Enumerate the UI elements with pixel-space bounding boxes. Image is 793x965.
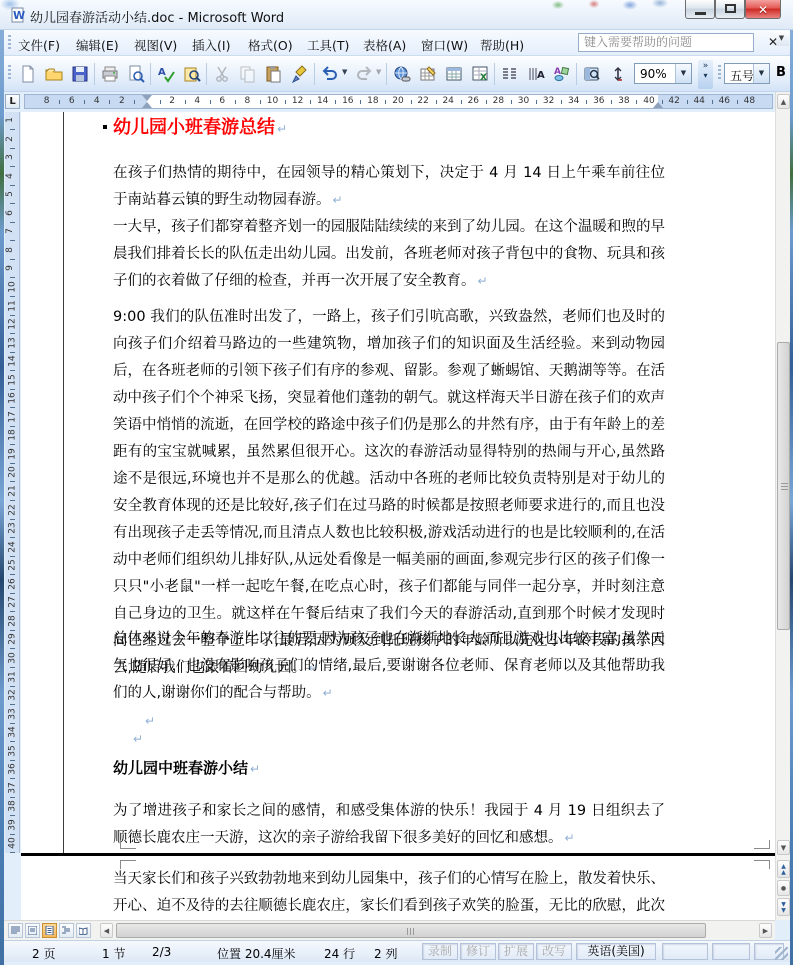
document-map-icon[interactable] (580, 62, 604, 86)
ruler-number: 18 (367, 96, 378, 106)
scroll-left-button[interactable]: ◀ (100, 923, 113, 938)
ruler-number: 29 (8, 634, 18, 645)
ruler-tick-icon (10, 296, 15, 297)
bullet-marker-icon (103, 125, 107, 129)
status-line: 24 行 (324, 945, 355, 962)
status-page: 2 页 (32, 945, 55, 962)
menu-file[interactable]: 文件(F) (18, 34, 60, 56)
status-empty-panel (712, 943, 750, 960)
svg-text:W: W (13, 9, 25, 22)
overflow-arrow-icon: ▾ (698, 72, 713, 80)
ruler-tick-icon (611, 100, 612, 104)
bold-button[interactable]: B (772, 62, 790, 86)
ruler-tick-icon (10, 333, 15, 334)
window-title: 幼儿园春游活动小结.doc - Microsoft Word (30, 7, 284, 26)
status-bar: 2 页 1 节 2/3 位置 20.4厘米 24 行 2 列 录制 修订 扩展 … (4, 940, 790, 962)
ruler-tick-icon (10, 315, 15, 316)
horizontal-scrollbar[interactable]: ◀ ▶ (4, 920, 775, 940)
columns-icon[interactable] (498, 62, 522, 86)
scroll-down-button[interactable]: ▼ (777, 840, 790, 855)
ruler-number: 5 (5, 191, 15, 197)
ruler-tick-icon (10, 797, 15, 798)
ruler-number: 13 (8, 337, 18, 348)
redo-icon[interactable] (352, 62, 376, 86)
ruler-tick-icon (10, 760, 15, 761)
toolbar-separator (386, 63, 387, 85)
ruler-tick-icon (235, 100, 236, 104)
ruler-number: 15 (8, 374, 18, 385)
ruler-number: 2 (5, 136, 15, 142)
ruler-number: 32 (8, 689, 18, 700)
ruler-tick-icon (10, 686, 15, 687)
paragraph-mark-icon: ↵ (333, 193, 343, 207)
normal-view-button[interactable] (8, 923, 23, 938)
ruler-number: 20 (392, 96, 403, 106)
menu-insert[interactable]: 插入(I) (192, 34, 230, 56)
ruler-number: 30 (8, 652, 18, 663)
ruler-number: 22 (8, 504, 18, 515)
toolbar-separator (150, 63, 151, 85)
toolbar-drag-handle-icon[interactable] (8, 65, 11, 81)
paragraph-mark-icon: ↵ (250, 762, 260, 776)
ruler-number: 23 (8, 522, 18, 533)
paragraph-mark-icon: ↵ (565, 831, 575, 845)
ruler-tick-icon (210, 100, 211, 104)
ruler-number: 14 (317, 96, 328, 106)
web-layout-view-button[interactable] (25, 923, 40, 938)
status-overtype-toggle[interactable]: 改写 (536, 943, 572, 960)
text-boundary-corner-icon (120, 840, 136, 849)
ruler-number: 10 (8, 281, 18, 292)
ruler-tick-icon (84, 100, 85, 104)
ruler-tick-icon (511, 100, 512, 104)
ruler-number: 20 (8, 467, 18, 478)
menu-table[interactable]: 表格(A) (363, 34, 406, 56)
ruler-tick-icon (10, 129, 15, 130)
paragraph-text: 总体来说今年的春游比以往的要,因为孩子也在渐渐地长大,而且游戏也比较丰富,虽然天… (113, 631, 665, 701)
ruler-tick-icon (10, 574, 15, 575)
ruler-tick-icon (10, 370, 15, 371)
toolbar-separator (494, 63, 495, 85)
ruler-tick-icon (10, 352, 15, 353)
paragraph-text: 幼儿园小班春游总结 (113, 117, 275, 138)
ruler-number: 26 (468, 96, 479, 106)
ruler-number: 10 (267, 96, 278, 106)
word-app-icon: W (9, 7, 25, 23)
text-direction-icon[interactable]: A (524, 62, 548, 86)
ruler-number: 9 (5, 266, 15, 272)
undo-dropdown-icon[interactable]: ▼ (342, 68, 347, 76)
ruler-tick-icon (536, 100, 537, 104)
ruler-tick-icon (10, 556, 15, 557)
paragraph[interactable]: 一大早，孩子们都穿着整齐划一的园服陆陆续续的来到了幼儿园。在这个温暖和煦的早晨我… (113, 214, 665, 295)
ruler-tick-icon (10, 648, 15, 649)
ruler-tick-icon (10, 537, 15, 538)
insert-excel-icon[interactable]: X (468, 62, 492, 86)
paragraph-mark-icon: ↵ (478, 274, 488, 288)
menu-format[interactable]: 格式(O) (248, 34, 293, 56)
status-extend-toggle[interactable]: 扩展 (498, 943, 534, 960)
select-browse-object-button[interactable]: ● (777, 880, 790, 896)
thumb-grip-icon (781, 483, 788, 490)
ruler-tick-icon (10, 611, 15, 612)
status-section: 1 节 (102, 945, 125, 962)
scroll-up-button[interactable]: ▲ (777, 94, 790, 109)
first-line-indent-marker[interactable] (142, 95, 152, 101)
title-bar[interactable]: W 幼儿园春游活动小结.doc - Microsoft Word ✕ (0, 0, 793, 30)
ruler-number: 16 (342, 96, 353, 106)
menu-view[interactable]: 视图(V) (134, 34, 177, 56)
paste-icon[interactable] (262, 62, 286, 86)
ruler-tick-icon (59, 100, 60, 104)
ruler-tick-icon (109, 100, 110, 104)
close-icon: ✕ (758, 3, 768, 17)
document-close-icon[interactable]: ✕ (768, 35, 778, 49)
double-down-icon: ▼ (778, 908, 789, 914)
ruler-tick-icon (10, 723, 15, 724)
ruler-tick-icon (10, 166, 15, 167)
ruler-tick-icon (160, 100, 161, 104)
document-page[interactable]: 幼儿园小班春游总结↵在孩子们热情的期待中，在园领导的精心策划下，决定于 4 月 … (21, 112, 775, 920)
text-boundary-corner-icon (754, 860, 770, 869)
show-hide-marks-icon[interactable] (606, 62, 630, 86)
standard-toolbar: A ▼ ▼ X A (4, 56, 790, 92)
down-arrow-icon: ▼ (778, 841, 789, 855)
paragraph-text: 为了增进孩子和家长之间的感情，和感受集体游的快乐！我园于 4 月 19 日组织去… (113, 803, 665, 846)
status-page-indicator: 2/3 (152, 945, 171, 959)
ruler-number: 28 (493, 96, 504, 106)
ruler-tick-icon (10, 834, 15, 835)
spelling-grammar-icon[interactable]: A (154, 62, 178, 86)
ruler-tick-icon (10, 852, 15, 853)
menu-tools[interactable]: 工具(T) (307, 34, 349, 56)
ruler-number: 2 (119, 96, 125, 106)
status-empty-panel (662, 943, 708, 960)
ruler-number: 8 (5, 247, 15, 253)
help-question-input[interactable]: 键入需要帮助的问题 (578, 33, 754, 52)
status-position: 位置 20.4厘米 (217, 945, 296, 962)
ruler-number: 38 (618, 96, 629, 106)
ruler-tick-icon (687, 100, 688, 104)
ruler-tick-icon (10, 500, 15, 501)
window-border-left (0, 0, 4, 965)
ruler-tick-icon (561, 100, 562, 104)
document-title[interactable]: 幼儿园小班春游总结↵ (113, 116, 665, 141)
ruler-tick-icon (712, 100, 713, 104)
ruler-number: 28 (8, 615, 18, 626)
ruler-tick-icon (10, 667, 15, 668)
new-document-icon[interactable] (16, 62, 40, 86)
tab-selector-button[interactable]: L (5, 94, 20, 109)
restore-button[interactable] (715, 0, 745, 19)
ruler-tick-icon (134, 100, 135, 104)
horizontal-scroll-thumb[interactable] (116, 923, 706, 938)
toolbar-options-button[interactable]: » ▾ (698, 60, 713, 89)
thumb-grip-icon (407, 928, 414, 935)
ruler-number: 6 (69, 96, 75, 106)
ruler-number: 4 (194, 96, 200, 106)
redo-dropdown-icon[interactable]: ▼ (376, 68, 381, 76)
ruler-tick-icon (486, 100, 487, 104)
ruler-tick-icon (10, 203, 15, 204)
hyperlink-icon[interactable] (390, 62, 414, 86)
ruler-tick-icon (10, 426, 15, 427)
cut-icon[interactable] (210, 62, 234, 86)
ruler-tick-icon (10, 148, 15, 149)
ruler-tick-icon (10, 704, 15, 705)
ruler-tick-icon (285, 100, 286, 104)
toolbar-drag-handle-icon[interactable] (8, 35, 11, 51)
status-track-changes-toggle[interactable]: 修订 (460, 943, 496, 960)
ruler-number: 39 (8, 819, 18, 830)
ruler-number: 44 (693, 96, 704, 106)
toolbar-separator (576, 63, 577, 85)
minimize-icon (695, 12, 706, 15)
ruler-tick-icon (260, 100, 261, 104)
ruler-tick-icon (10, 444, 15, 445)
ruler-tick-icon (10, 259, 15, 260)
ruler-number: 36 (8, 764, 18, 775)
ruler-number: 46 (719, 96, 730, 106)
tables-borders-icon[interactable] (416, 62, 440, 86)
zoom-combo[interactable]: 90% ▼ (634, 63, 692, 84)
ruler-tick-icon (310, 100, 311, 104)
ruler-tick-icon (10, 519, 15, 520)
drawing-icon[interactable]: A (550, 62, 574, 86)
ruler-number: 34 (568, 96, 579, 106)
research-icon[interactable] (180, 62, 204, 86)
ruler-tick-icon (10, 389, 15, 390)
paragraph[interactable]: 为了增进孩子和家长之间的感情，和感受集体游的快乐！我园于 4 月 19 日组织去… (113, 798, 665, 852)
paragraph-text: 幼儿园中班春游小结 (113, 759, 248, 777)
ruler-tick-icon (10, 185, 15, 186)
menu-window[interactable]: 窗口(W) (421, 34, 468, 56)
paragraph[interactable]: 在孩子们热情的期待中，在园领导的精心策划下，决定于 4 月 14 日上午乘车前往… (113, 160, 665, 214)
toolbar-drag-handle-icon[interactable] (718, 65, 721, 81)
ruler-number: 25 (8, 559, 18, 570)
ruler-number: 12 (8, 318, 18, 329)
paragraph-text: 9:00 我们的队伍准时出发了，一路上，孩子们引吭高歌，兴致盎然，老师们也及时的… (113, 309, 665, 676)
right-arrow-icon: ▶ (760, 924, 771, 938)
ruler-number: 40 (8, 838, 18, 849)
ruler-number: 33 (8, 708, 18, 719)
resize-grip-icon[interactable] (775, 947, 788, 960)
ruler-tick-icon (10, 222, 15, 223)
ruler-tick-icon (10, 463, 15, 464)
paragraph[interactable]: 当天家长们和孩子兴致勃勃地来到幼儿园集中，孩子们的心情写在脸上，散发着快乐、开心… (113, 866, 665, 920)
ruler-number: 8 (245, 96, 251, 106)
ruler-tick-icon (436, 100, 437, 104)
toolbar-separator (206, 63, 207, 85)
ruler-number: 4 (94, 96, 100, 106)
svg-text:A: A (158, 67, 166, 78)
ruler-number: 2 (169, 96, 175, 106)
section-heading[interactable]: 幼儿园中班春游小结↵ (113, 756, 665, 781)
open-folder-icon[interactable] (42, 62, 66, 86)
insert-table-icon[interactable] (442, 62, 466, 86)
status-language[interactable]: 英语(美国) (576, 943, 656, 960)
ruler-tick-icon (360, 100, 361, 104)
ruler-tick-icon (10, 481, 15, 482)
left-indent-marker[interactable] (142, 102, 152, 108)
format-painter-icon[interactable] (288, 62, 312, 86)
ruler-number: 32 (543, 96, 554, 106)
svg-text:A: A (554, 67, 561, 77)
svg-text:X: X (480, 73, 487, 83)
word-window: W 幼儿园春游活动小结.doc - Microsoft Word ✕ 文件(F)… (0, 0, 793, 965)
status-column: 2 列 (374, 945, 397, 962)
ruler-tick-icon (411, 100, 412, 104)
next-page-button[interactable]: ▼ ▼ (777, 898, 790, 916)
ruler-number: 36 (593, 96, 604, 106)
undo-icon[interactable] (318, 62, 342, 86)
ruler-tick-icon (636, 100, 637, 104)
ruler-number: 30 (518, 96, 529, 106)
paragraph[interactable]: 总体来说今年的春游比以往的要,因为孩子也在渐渐地长大,而且游戏也比较丰富,虽然天… (113, 626, 665, 707)
ruler-number: 18 (8, 430, 18, 441)
print-icon[interactable] (98, 62, 122, 86)
ruler-number: 8 (44, 96, 50, 106)
paragraph[interactable]: ↵ (131, 726, 171, 753)
horizontal-ruler: 8642246810121416182022242628303234363840… (24, 94, 773, 109)
ruler-number: 17 (8, 411, 18, 422)
zoom-dropdown-icon[interactable]: ▼ (675, 64, 691, 83)
ruler-number: 24 (442, 96, 453, 106)
font-size-value: 五号 (730, 67, 754, 84)
scroll-right-button[interactable]: ▶ (759, 923, 772, 938)
vertical-scroll-thumb[interactable] (777, 342, 790, 630)
page-break-line (21, 853, 775, 856)
ruler-number: 22 (417, 96, 428, 106)
ruler-number: 12 (292, 96, 303, 106)
paragraph-text: 在孩子们热情的期待中，在园领导的精心策划下，决定于 4 月 14 日上午乘车前往… (113, 165, 665, 208)
font-size-dropdown-icon[interactable]: ▼ (753, 64, 769, 83)
ruler-tick-icon (10, 277, 15, 278)
menu-edit[interactable]: 编辑(E) (76, 34, 119, 56)
paragraph-text: 一大早，孩子们都穿着整齐划一的园服陆陆续续的来到了幼儿园。在这个温暖和煦的早晨我… (113, 219, 665, 289)
ruler-tick-icon (10, 778, 15, 779)
ruler-tick-icon (10, 815, 15, 816)
ruler-number: 38 (8, 801, 18, 812)
ruler-number: 16 (8, 393, 18, 404)
ruler-number: 3 (5, 154, 15, 160)
reading-layout-view-button[interactable] (76, 923, 91, 938)
font-size-combo[interactable]: 五号 ▼ (724, 63, 770, 84)
left-arrow-icon: ◀ (101, 924, 112, 938)
paragraph-text: 当天家长们和孩子兴致勃勃地来到幼儿园集中，孩子们的心情写在脸上，散发着快乐、开心… (113, 871, 665, 920)
save-icon[interactable] (68, 62, 92, 86)
restore-icon (725, 4, 736, 13)
ruler-tick-icon (461, 100, 462, 104)
toolbar-separator (94, 63, 95, 85)
ruler-number: 19 (8, 448, 18, 459)
ruler-number: 6 (5, 210, 15, 216)
zoom-value: 90% (640, 67, 667, 81)
close-button[interactable]: ✕ (745, 0, 781, 19)
ruler-number: 48 (744, 96, 755, 106)
ruler-tick-icon (737, 100, 738, 104)
ruler-number: 42 (668, 96, 679, 106)
ruler-number: 24 (8, 541, 18, 552)
menu-help[interactable]: 帮助(H) (480, 34, 524, 56)
paragraph-mark-icon: ↵ (277, 122, 287, 136)
right-indent-marker[interactable] (653, 102, 663, 108)
text-boundary-line (63, 112, 64, 853)
outline-view-button[interactable] (59, 923, 74, 938)
ruler-tick-icon (185, 100, 186, 104)
ruler-tick-icon (335, 100, 336, 104)
ruler-tick-icon (10, 630, 15, 631)
ruler-number: 31 (8, 671, 18, 682)
up-arrow-icon: ▲ (778, 95, 789, 109)
ruler-tick-icon (10, 593, 15, 594)
print-layout-view-button[interactable] (42, 923, 57, 938)
ruler-number: 14 (8, 355, 18, 366)
paragraph-mark-icon: ↵ (133, 732, 143, 746)
status-record-toggle[interactable]: 录制 (422, 943, 458, 960)
ruler-number: 37 (8, 782, 18, 793)
print-preview-icon[interactable] (124, 62, 148, 86)
vertical-scrollbar[interactable]: ▲ ▼ ▲ ▲ ● ▼ ▼ (775, 92, 790, 920)
ruler-number: 6 (219, 96, 225, 106)
ruler-tick-icon (10, 407, 15, 408)
toolbar-separator (314, 63, 315, 85)
menu-bar: 文件(F) 编辑(E) 视图(V) 插入(I) 格式(O) 工具(T) 表格(A… (4, 30, 790, 56)
text-boundary-corner-icon (754, 840, 770, 849)
previous-page-button[interactable]: ▲ ▲ (777, 860, 790, 878)
ruler-number: 35 (8, 745, 18, 756)
ruler-number: 11 (8, 300, 18, 311)
ruler-tick-icon (385, 100, 386, 104)
ruler-tick-icon (10, 741, 15, 742)
copy-icon[interactable] (236, 62, 260, 86)
svg-text:A: A (537, 70, 545, 81)
ruler-number: 1 (5, 117, 15, 123)
ruler-tick-icon (10, 240, 15, 241)
vertical-ruler: 1234567891011121314151617181920212223242… (5, 112, 20, 853)
ruler-number: 4 (5, 173, 15, 179)
ruler-number: 26 (8, 578, 18, 589)
double-up-icon: ▲ (778, 870, 789, 876)
ruler-number: 34 (8, 726, 18, 737)
ruler-tick-icon (586, 100, 587, 104)
ruler-number: 7 (5, 228, 15, 234)
text-boundary-corner-icon (120, 860, 136, 869)
paragraph-mark-icon: ↵ (323, 686, 333, 700)
ruler-number: 27 (8, 597, 18, 608)
minimize-button[interactable] (685, 0, 715, 19)
browse-dot-icon: ● (778, 881, 789, 896)
ruler-number: 21 (8, 485, 18, 496)
